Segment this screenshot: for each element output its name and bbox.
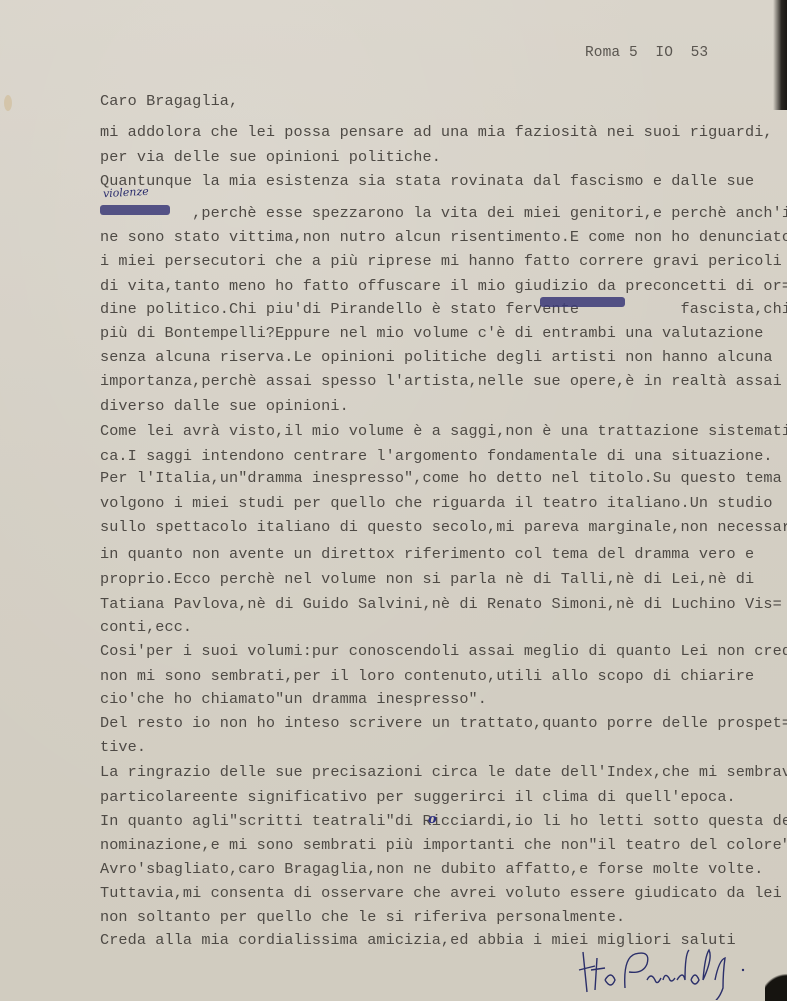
letter-salutation: Caro Bragaglia,: [100, 92, 238, 110]
letter-line: più di Bontempelli?Eppure nel mio volume…: [100, 324, 763, 342]
letter-page: Roma 5 IO 53 Caro Bragaglia, mi addolora…: [0, 0, 787, 1001]
letter-line: Tuttavia,mi consenta di osservare che av…: [100, 884, 782, 902]
letter-line: dine politico.Chi piu'di Pirandello è st…: [100, 300, 787, 318]
letter-line: Per l'Italia,un"dramma inespresso",come …: [100, 469, 782, 487]
letter-line: volgono i miei studi per quello che rigu…: [100, 494, 773, 512]
letter-date: Roma 5 IO 53: [585, 45, 708, 61]
letter-line: i miei persecutori che a più riprese mi …: [100, 252, 782, 270]
letter-line: nominazione,e mi sono sembrati più impor…: [100, 836, 787, 854]
paper-stain: [4, 95, 12, 111]
letter-line: diverso dalle sue opinioni.: [100, 397, 349, 415]
letter-line: Cosi'per i suoi volumi:pur conoscendoli …: [100, 642, 787, 660]
letter-line: ,perchè esse spezzarono la vita dei miei…: [100, 204, 787, 222]
letter-line: Del resto io non ho inteso scrivere un t…: [100, 714, 787, 732]
letter-line: ne sono stato vittima,non nutro alcun ri…: [100, 228, 787, 246]
crossed-out-word: [540, 297, 625, 307]
letter-line: mi addolora che lei possa pensare ad una…: [100, 123, 773, 141]
letter-line: cio'che ho chiamato"un dramma inespresso…: [100, 690, 487, 708]
letter-line: senza alcuna riserva.Le opinioni politic…: [100, 348, 773, 366]
letter-line: proprio.Ecco perchè nel volume non si pa…: [100, 570, 754, 588]
letter-line: conti,ecc.: [100, 618, 192, 636]
letter-line: La ringrazio delle sue precisazioni circ…: [100, 763, 787, 781]
letter-line: Come lei avrà visto,il mio volume è a sa…: [100, 422, 787, 440]
letter-line: Quantunque la mia esistenza sia stata ro…: [100, 172, 754, 190]
letter-line: non mi sono sembrati,per il loro contenu…: [100, 667, 754, 685]
letter-line: sullo spettacolo italiano di questo seco…: [100, 518, 787, 536]
crossed-out-word: [100, 205, 170, 215]
letter-line: ca.I saggi intendono centrare l'argoment…: [100, 447, 773, 465]
handwritten-insertion: violenze: [103, 185, 149, 200]
letter-line: importanza,perchè assai spesso l'artista…: [100, 372, 782, 390]
handwritten-correction-mark: o: [428, 812, 437, 827]
letter-line: Tatiana Pavlova,nè di Guido Salvini,nè d…: [100, 595, 782, 613]
letter-line: non soltanto per quello che le si riferi…: [100, 908, 625, 926]
letter-line: per via delle sue opinioni politiche.: [100, 148, 441, 166]
letter-line: tive.: [100, 738, 146, 756]
letter-line: in quanto non avente un direttox riferim…: [100, 545, 754, 563]
handwritten-signature: [565, 940, 775, 1000]
letter-line: Avro'sbagliato,caro Bragaglia,non ne dub…: [100, 860, 763, 878]
letter-line: In quanto agli"scritti teatrali"di Ricci…: [100, 812, 787, 830]
letter-line: di vita,tanto meno ho fatto offuscare il…: [100, 277, 787, 295]
letter-line: particolareente significativo per sugger…: [100, 788, 736, 806]
page-edge-shadow: [773, 0, 787, 110]
